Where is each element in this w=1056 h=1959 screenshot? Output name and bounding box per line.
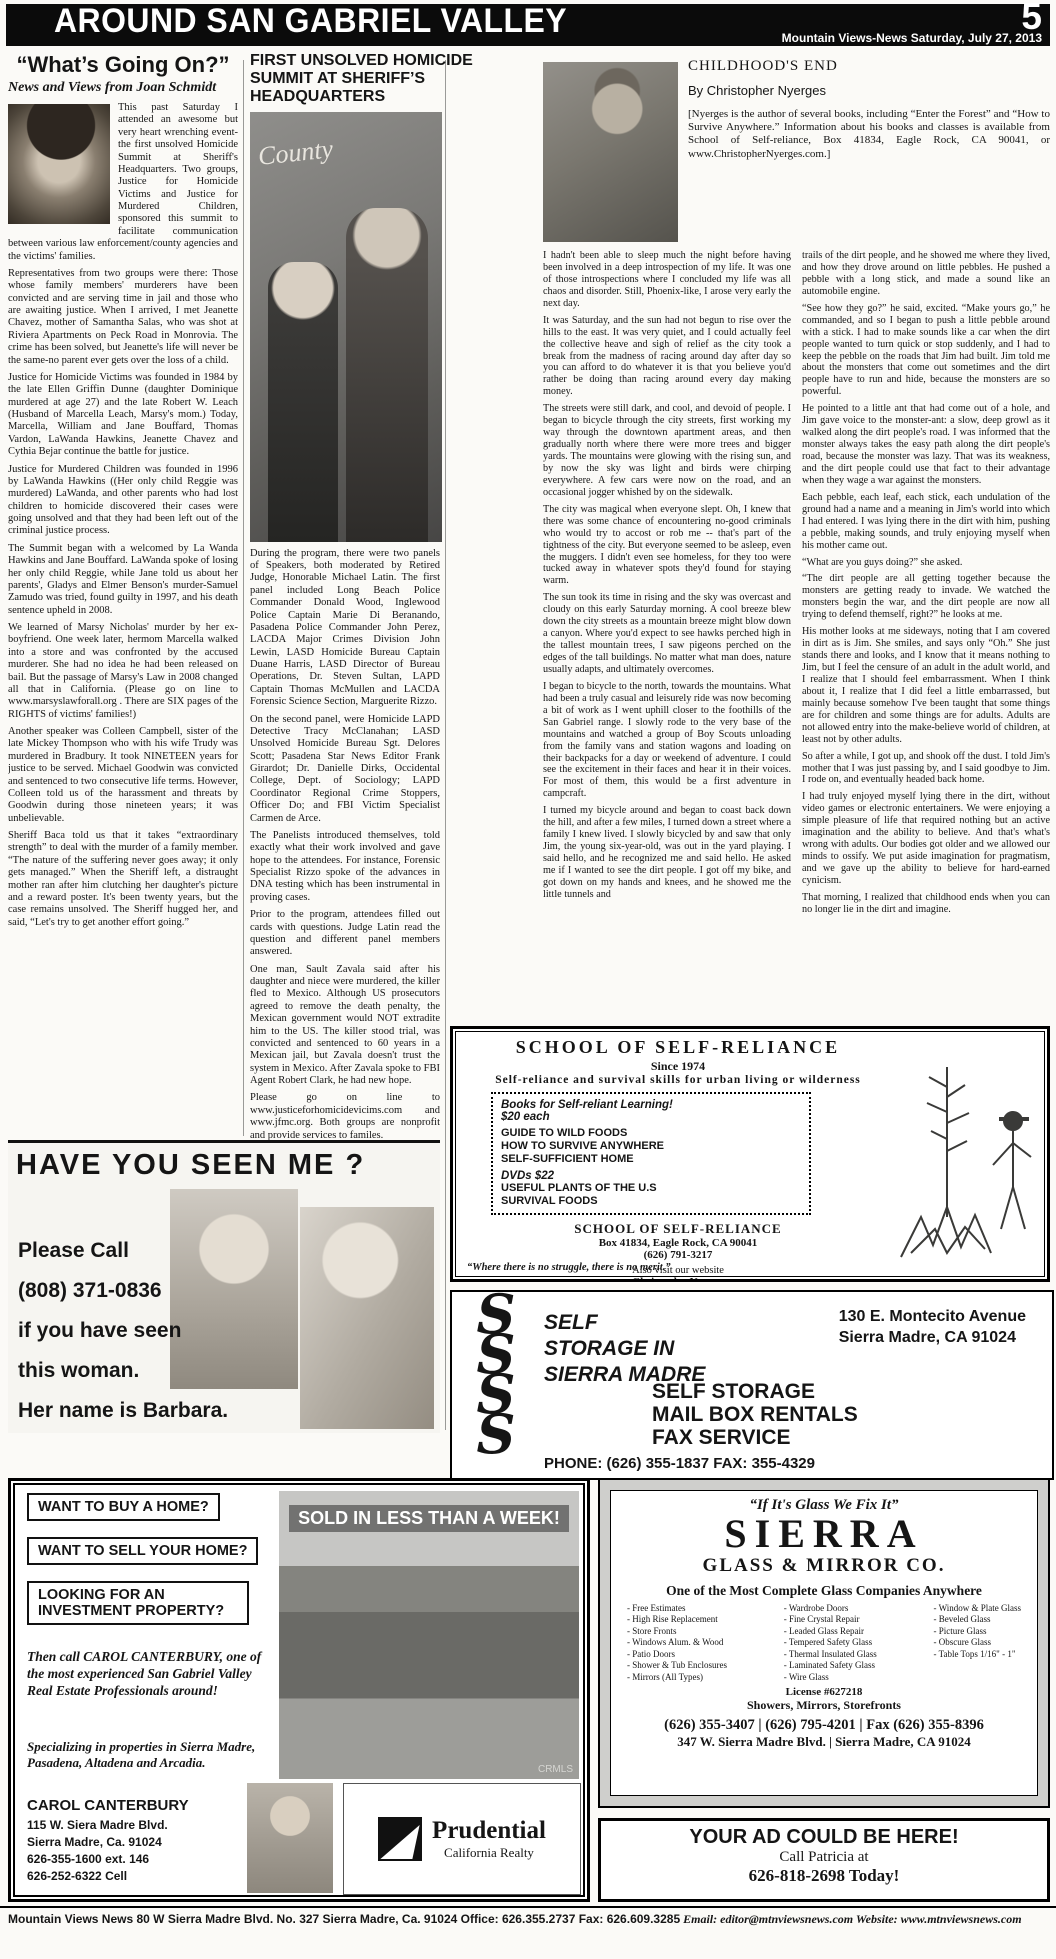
article-paragraph: His mother looks at me sideways, noting … <box>802 626 1050 745</box>
brand-subtitle: California Realty <box>432 1845 546 1861</box>
service-item: - Picture Glass <box>934 1626 1021 1638</box>
text-column: trails of the dirt people, and he showed… <box>802 250 1050 921</box>
author-note: [Nyerges is the author of several books,… <box>688 108 1050 161</box>
ad-text-line: Her name is Barbara. <box>18 1391 228 1431</box>
service-item: - High Rise Replacement <box>627 1614 727 1626</box>
masthead: AROUND SAN GABRIEL VALLEY 5 Mountain Vie… <box>6 4 1050 46</box>
article-title: CHILDHOOD'S END <box>688 58 1050 75</box>
service-item: - Mirrors (All Types) <box>627 1672 727 1684</box>
ad-sierra-glass: “If It's Glass We Fix It” SIERRA GLASS &… <box>598 1478 1050 1808</box>
ad-phones: (626) 355-3407 | (626) 795-4201 | Fax (6… <box>621 1717 1027 1734</box>
service-item: - Windows Alum. & Wood <box>627 1637 727 1649</box>
photo-overlay-text: County <box>257 134 335 172</box>
footer-contact-info: Mountain Views News 80 W Sierra Madre Bl… <box>8 1912 680 1926</box>
article-paragraph: He pointed to a little ant that had come… <box>802 403 1050 487</box>
ad-text-line: if you have seen <box>18 1311 228 1351</box>
ad-school-of-self-reliance: SCHOOL OF SELF-RELIANCE Since 1974 Self-… <box>450 1026 1050 1282</box>
book-title: HOW TO SURVIVE ANYWHERE <box>501 1140 801 1153</box>
article-paragraph: Representatives from two groups were the… <box>8 268 238 367</box>
s-chain-logo: S S S S <box>468 1294 524 1454</box>
service-item: - Leaded Glass Repair <box>784 1626 877 1638</box>
service-item: - Beveled Glass <box>934 1614 1021 1626</box>
services-column: - Free Estimates - High Rise Replacement… <box>627 1603 727 1684</box>
article-whats-going-on: “What’s Going On?” News and Views from J… <box>8 52 238 1136</box>
ad-headline: One of the Most Complete Glass Companies… <box>621 1583 1027 1599</box>
ad-org-name: SCHOOL OF SELF-RELIANCE <box>463 1221 893 1237</box>
ad-website-url: www.ChristopherNyerges.com <box>463 1276 893 1282</box>
services-column: - Wardrobe Doors - Fine Crystal Repair -… <box>784 1603 877 1684</box>
ad-text-line: Call Patricia at <box>601 1849 1047 1866</box>
service-item: - Shower & Tub Enclosures <box>627 1660 727 1672</box>
ad-phone-number: (808) 371-0836 <box>18 1271 228 1311</box>
dvd-title: USEFUL PLANTS OF THE U.S <box>501 1182 801 1195</box>
brand-name: Prudential <box>432 1817 546 1845</box>
article-paragraph: During the program, there were two panel… <box>250 548 440 709</box>
article-byline: News and Views from Joan Schmidt <box>8 80 238 96</box>
article-paragraph: That morning, I realized that childhood … <box>802 892 1050 916</box>
ad-headline: YOUR AD COULD BE HERE! <box>601 1826 1047 1849</box>
photo-figure <box>268 262 338 542</box>
ad-company-name: SIERRA <box>621 1514 1027 1555</box>
service-item: - Thermal Insulated Glass <box>784 1649 877 1661</box>
ad-headline: HAVE YOU SEEN ME ? <box>16 1149 365 1182</box>
article-paragraph: Prior to the program, attendees filled o… <box>250 909 440 959</box>
products-header: Books for Self-reliant Learning! <box>501 1099 801 1111</box>
ad-subline: Showers, Mirrors, Storefronts <box>621 1698 1027 1713</box>
ad-address-line: Sierra Madre, CA 91024 <box>839 1327 1026 1348</box>
ad-phone-fax: PHONE: (626) 355-1837 FAX: 355-4329 <box>544 1455 815 1472</box>
article-paragraph: “What are you guys doing?” she asked. <box>802 557 1050 569</box>
prudential-logo-block: Prudential California Realty <box>343 1783 581 1895</box>
article-paragraph: We learned of Marsy Nicholas' murder by … <box>8 622 238 721</box>
ad-question-box: LOOKING FOR AN INVESTMENT PROPERTY? <box>27 1581 249 1625</box>
nyerges-photo <box>543 62 678 242</box>
page-footer: Mountain Views News 80 W Sierra Madre Bl… <box>0 1906 1056 1927</box>
service-item: - Wire Glass <box>784 1672 877 1684</box>
logo-letter: S <box>468 1414 524 1454</box>
ad-title: SCHOOL OF SELF-RELIANCE <box>463 1037 893 1058</box>
dvd-header: DVDs $22 <box>501 1170 801 1182</box>
article-paragraph: Justice for Homicide Victims was founded… <box>8 372 238 459</box>
newspaper-page: AROUND SAN GABRIEL VALLEY 5 Mountain Vie… <box>0 0 1056 1959</box>
agent-name: CAROL CANTERBURY <box>27 1797 189 1814</box>
dvd-title: SURVIVAL FOODS <box>501 1195 801 1208</box>
service-item: - Wardrobe Doors <box>784 1603 877 1615</box>
ad-company-name2: GLASS & MIRROR CO. <box>621 1555 1027 1577</box>
column-divider <box>445 60 446 1430</box>
service-item: - Tempered Safety Glass <box>784 1637 877 1649</box>
service-item: - Store Fronts <box>627 1626 727 1638</box>
ad-service: MAIL BOX RENTALS <box>652 1403 858 1426</box>
service-item: - Window & Plate Glass <box>934 1603 1021 1615</box>
article-paragraph: trails of the dirt people, and he showed… <box>802 250 1050 298</box>
ad-real-estate: WANT TO BUY A HOME? WANT TO SELL YOUR HO… <box>8 1478 590 1902</box>
article-paragraph: The streets were still dark, and cool, a… <box>543 403 791 499</box>
ad-name-line: SELF <box>544 1310 705 1336</box>
article-paragraph: Each pebble, each leaf, each stick, each… <box>802 492 1050 552</box>
license-number: License #627218 <box>621 1686 1027 1698</box>
ad-tagline: Self-reliance and survival skills for ur… <box>463 1074 893 1086</box>
ad-quote: “Where there is no struggle, there is no… <box>467 1262 671 1273</box>
agent-address-line: Sierra Madre, Ca. 91024 <box>27 1834 189 1851</box>
article-paragraph: So after a while, I got up, and shook of… <box>802 751 1050 787</box>
ad-question-box: WANT TO SELL YOUR HOME? <box>27 1537 258 1565</box>
prudential-rock-logo <box>378 1817 422 1861</box>
article-paragraph: The sun took its time in rising and the … <box>543 592 791 676</box>
ad-name-line: STORAGE IN <box>544 1336 705 1362</box>
photo-watermark: CRMLS <box>538 1764 573 1775</box>
agent-phone: 626-355-1600 ext. 146 <box>27 1851 189 1868</box>
services-column: - Window & Plate Glass - Beveled Glass -… <box>934 1603 1021 1684</box>
agent-phone: 626-252-6322 Cell <box>27 1868 189 1885</box>
ad-address: Box 41834, Eagle Rock, CA 90041 <box>463 1237 893 1249</box>
service-item: - Free Estimates <box>627 1603 727 1615</box>
book-title: SELF-SUFFICIENT HOME <box>501 1153 801 1166</box>
article-paragraph: One man, Sault Zavala said after his dau… <box>250 964 440 1088</box>
sold-banner: SOLD IN LESS THAN A WEEK! <box>289 1505 569 1532</box>
article-paragraph: It was Saturday, and the sun had not beg… <box>543 315 791 399</box>
agent-address-line: 115 W. Siera Madre Blvd. <box>27 1817 189 1834</box>
article-childhoods-end: CHILDHOOD'S END By Christopher Nyerges [… <box>543 56 1050 1018</box>
service-item: - Laminated Safety Glass <box>784 1660 877 1672</box>
service-item: - Patio Doors <box>627 1649 727 1661</box>
ad-question-box: WANT TO BUY A HOME? <box>27 1493 220 1521</box>
text-column: I hadn't been able to sleep much the nig… <box>543 250 791 921</box>
ad-phone: 626-818-2698 Today! <box>601 1866 1047 1886</box>
carol-canterbury-photo <box>247 1783 333 1893</box>
house-photo: SOLD IN LESS THAN A WEEK! CRMLS <box>279 1491 579 1779</box>
book-title: GUIDE TO WILD FOODS <box>501 1127 801 1140</box>
article-byline: By Christopher Nyerges <box>688 83 1050 98</box>
products-price: $20 each <box>501 1111 801 1123</box>
service-item: - Fine Crystal Repair <box>784 1614 877 1626</box>
ad-pitch: Then call CAROL CANTERBURY, one of the m… <box>27 1649 271 1700</box>
plant-drawing <box>881 1057 1041 1263</box>
summit-photo: County <box>250 112 442 542</box>
joan-schmidt-photo <box>8 104 110 224</box>
article-paragraph: I had truly enjoyed myself lying there i… <box>802 791 1050 887</box>
ad-self-storage: S S S S SELF STORAGE IN SIERRA MADRE 130… <box>450 1290 1054 1480</box>
ad-service: SELF STORAGE <box>652 1380 858 1403</box>
article-paragraph: I hadn't been able to sleep much the nig… <box>543 250 791 310</box>
service-item: - Obscure Glass <box>934 1637 1021 1649</box>
article-paragraph: Another speaker was Colleen Campbell, si… <box>8 726 238 825</box>
column-divider <box>243 60 244 1136</box>
article-paragraph: On the second panel, were Homicide LAPD … <box>250 714 440 825</box>
ad-address-line: 130 E. Montecito Avenue <box>839 1306 1026 1327</box>
article-paragraph: “The dirt people are all getting togethe… <box>802 573 1050 621</box>
article-paragraph: The city was magical when everyone slept… <box>543 504 791 588</box>
ad-have-you-seen-me: HAVE YOU SEEN ME ? Please Call (808) 371… <box>8 1140 440 1433</box>
article-paragraph: The Summit began with a welcomed by La W… <box>8 543 238 617</box>
ad-text-line: Please Call <box>18 1231 228 1271</box>
article-homicide-summit: FIRST UNSOLVED HOMICIDE SUMMIT AT SHERIF… <box>250 52 440 1136</box>
ad-specialties: Specializing in properties in Sierra Mad… <box>27 1739 265 1772</box>
masthead-title: AROUND SAN GABRIEL VALLEY <box>54 2 567 41</box>
article-paragraph: “See how they go?” he said, excited. “Ma… <box>802 303 1050 399</box>
footer-email-website: Email: editor@mtnviewsnews.com Website: … <box>683 1912 1021 1926</box>
ad-subtitle: Since 1974 <box>463 1059 893 1074</box>
article-paragraph: Sheriff Baca told us that it takes “extr… <box>8 830 238 929</box>
ad-address: 347 W. Sierra Madre Blvd. | Sierra Madre… <box>621 1734 1027 1750</box>
ad-products-box: Books for Self-reliant Learning! $20 eac… <box>491 1092 811 1215</box>
service-item: - Table Tops 1/16" - 1" <box>934 1649 1021 1661</box>
ad-phone: (626) 791-3217 <box>463 1249 893 1261</box>
article-paragraph: I began to bicycle to the north, towards… <box>543 681 791 800</box>
article-paragraph: Justice for Murdered Children was founde… <box>8 464 238 538</box>
ad-service: FAX SERVICE <box>652 1426 858 1449</box>
ad-your-ad-here: YOUR AD COULD BE HERE! Call Patricia at … <box>598 1818 1050 1902</box>
article-paragraph: Please go on line to www.justiceforhomic… <box>250 1092 440 1142</box>
ad-text-line: this woman. <box>18 1351 228 1391</box>
article-paragraph: The Panelists introduced themselves, tol… <box>250 830 440 904</box>
publication-dateline: Mountain Views-News Saturday, July 27, 2… <box>782 31 1042 45</box>
barbara-photo-phone <box>300 1207 434 1429</box>
article-headline: FIRST UNSOLVED HOMICIDE SUMMIT AT SHERIF… <box>250 52 506 106</box>
article-paragraph: I turned my bicycle around and began to … <box>543 805 791 901</box>
photo-figure <box>346 208 428 542</box>
article-title: “What’s Going On?” <box>8 52 238 78</box>
